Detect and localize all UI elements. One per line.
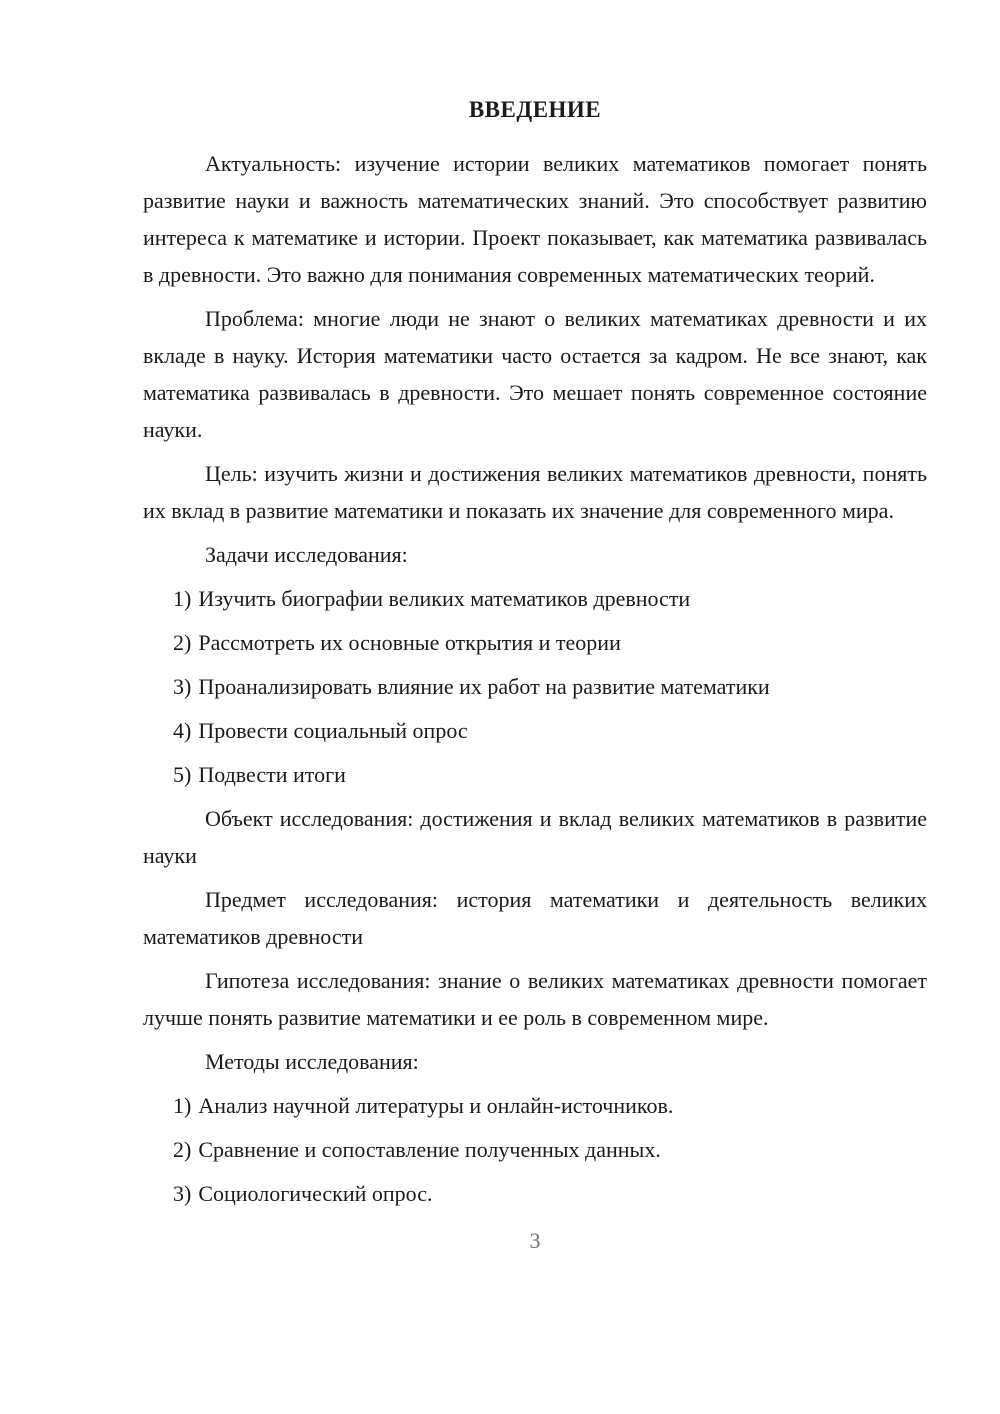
task-item-marker: 4): [173, 718, 191, 743]
task-item-text: Провести социальный опрос: [198, 718, 467, 743]
task-item: 1)Изучить биографии великих математиков …: [173, 580, 927, 617]
paragraph-hypothesis: Гипотеза исследования: знание о великих …: [143, 962, 927, 1036]
task-item-marker: 5): [173, 762, 191, 787]
tasks-list: 1)Изучить биографии великих математиков …: [143, 580, 927, 793]
method-item-text: Сравнение и сопоставление полученных дан…: [198, 1137, 661, 1162]
tasks-heading: Задачи исследования:: [143, 536, 927, 573]
method-item-text: Анализ научной литературы и онлайн-источ…: [198, 1093, 673, 1118]
page-number: 3: [143, 1222, 927, 1259]
document-page: ВВЕДЕНИЕ Актуальность: изучение истории …: [0, 0, 1000, 1414]
task-item: 5)Подвести итоги: [173, 756, 927, 793]
paragraph-problem: Проблема: многие люди не знают о великих…: [143, 300, 927, 448]
method-item: 3)Социологический опрос.: [173, 1175, 927, 1212]
page-title: ВВЕДЕНИЕ: [143, 95, 927, 125]
methods-heading: Методы исследования:: [143, 1043, 927, 1080]
task-item-marker: 1): [173, 586, 191, 611]
paragraph-relevance: Актуальность: изучение истории великих м…: [143, 145, 927, 293]
task-item: 4)Провести социальный опрос: [173, 712, 927, 749]
paragraph-goal: Цель: изучить жизни и достижения великих…: [143, 455, 927, 529]
method-item-marker: 1): [173, 1093, 191, 1118]
task-item-marker: 2): [173, 630, 191, 655]
method-item: 1)Анализ научной литературы и онлайн-ист…: [173, 1087, 927, 1124]
task-item: 3)Проанализировать влияние их работ на р…: [173, 668, 927, 705]
method-item: 2)Сравнение и сопоставление полученных д…: [173, 1131, 927, 1168]
task-item: 2)Рассмотреть их основные открытия и тео…: [173, 624, 927, 661]
task-item-marker: 3): [173, 674, 191, 699]
method-item-marker: 2): [173, 1137, 191, 1162]
paragraph-object: Объект исследования: достижения и вклад …: [143, 800, 927, 874]
methods-list: 1)Анализ научной литературы и онлайн-ист…: [143, 1087, 927, 1212]
task-item-text: Рассмотреть их основные открытия и теори…: [198, 630, 621, 655]
paragraph-subject: Предмет исследования: история математики…: [143, 881, 927, 955]
task-item-text: Проанализировать влияние их работ на раз…: [198, 674, 769, 699]
task-item-text: Изучить биографии великих математиков др…: [198, 586, 690, 611]
task-item-text: Подвести итоги: [198, 762, 346, 787]
method-item-text: Социологический опрос.: [198, 1181, 432, 1206]
method-item-marker: 3): [173, 1181, 191, 1206]
